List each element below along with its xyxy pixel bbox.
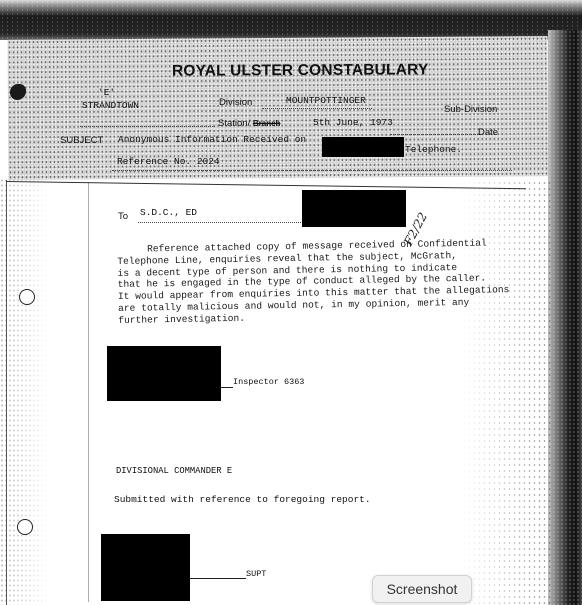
date-label: Date	[478, 127, 498, 138]
subject-line-1-end: Telephone.	[405, 144, 462, 155]
punch-hole-icon	[17, 519, 33, 535]
signatory-1-title: Inspector 6363	[233, 377, 304, 387]
screenshot-tooltip: Screenshot	[372, 575, 472, 603]
forward-heading: DIVISIONAL COMMANDER E	[116, 466, 232, 476]
dotted-line	[112, 170, 512, 171]
scan-noise-left	[0, 178, 50, 605]
signatory-2-title: SUPT	[246, 569, 266, 579]
punch-hole-icon	[19, 289, 35, 305]
dotted-line	[262, 108, 372, 109]
station-value: STRANDTOWN	[82, 100, 139, 111]
station-label: Station/ Branch	[218, 118, 280, 129]
date-value: 5th June, 1973	[313, 117, 393, 128]
scanned-document: ROYAL ULSTER CONSTABULARY 'E' STRANDTOWN…	[0, 0, 582, 605]
subdivision-label: Sub-Division	[444, 104, 497, 115]
margin-rule	[88, 182, 89, 602]
signature-line	[221, 387, 233, 388]
dotted-line	[138, 222, 303, 223]
division-value: 'E'	[98, 87, 115, 98]
redaction-box	[101, 534, 190, 601]
subject-label: SUBJECT	[60, 135, 103, 146]
subdivision-value: MOUNTPOTTINGER	[286, 95, 366, 106]
division-label: Division	[219, 97, 252, 108]
report-body: Reference attached copy of message recei…	[117, 237, 538, 327]
subject-line-1: Anonymous Information Received on	[118, 134, 306, 145]
organization-title: ROYAL ULSTER CONSTABULARY	[172, 61, 429, 80]
signature-line	[190, 578, 246, 579]
forward-text: Submitted with reference to foregoing re…	[114, 494, 371, 505]
dotted-line	[390, 134, 480, 135]
redaction-box	[302, 190, 406, 227]
station-label-text: Station/	[218, 118, 250, 129]
scan-top-shadow	[0, 0, 582, 40]
to-value: S.D.C., ED	[140, 207, 197, 218]
scan-right-shadow	[548, 30, 582, 605]
to-label: To	[118, 211, 128, 222]
redaction-box	[107, 346, 221, 401]
subject-line-2: Reference No. 2024	[117, 156, 220, 167]
station-struck-text: Branch	[253, 119, 281, 128]
redaction-box	[322, 137, 404, 157]
page-left-border	[6, 180, 7, 605]
dotted-line	[80, 126, 215, 127]
header-separator	[6, 181, 526, 189]
